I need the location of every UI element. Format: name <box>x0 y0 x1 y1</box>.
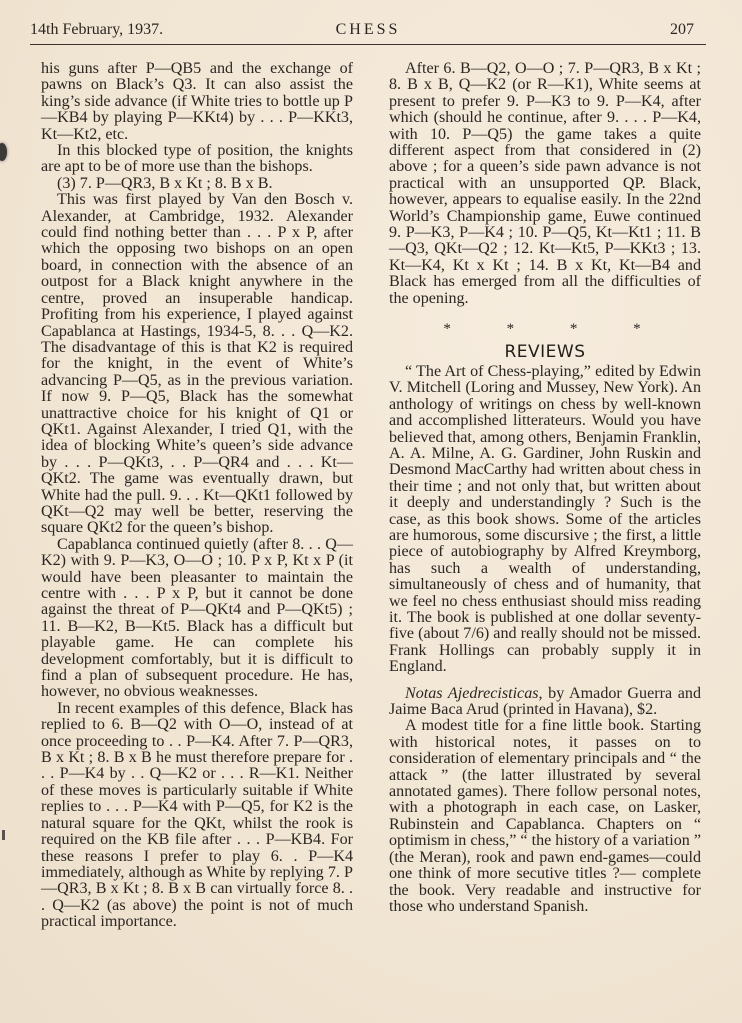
review-paragraph: A modest title for a fine little book. S… <box>389 718 701 915</box>
paragraph: In recent examples of this defence, Blac… <box>41 701 353 931</box>
margin-mark <box>2 830 5 840</box>
review-paragraph: “ The Art of Chess-playing,” edited by E… <box>389 364 701 676</box>
paragraph: In this blocked type of position, the kn… <box>41 143 353 176</box>
left-column: his guns after P—QB5 and the exchange of… <box>41 61 353 931</box>
page-number: 207 <box>670 21 694 39</box>
variation-heading: (3) 7. P—QR3, B x Kt ; 8. B x B. <box>41 176 353 192</box>
magazine-title: CHESS <box>30 21 706 39</box>
right-column: After 6. B—Q2, O—O ; 7. P—QR3, B x Kt ; … <box>389 61 701 915</box>
paragraph: Capablanca continued quietly (after 8. .… <box>41 537 353 701</box>
section-separator: * * * * <box>409 321 701 337</box>
reviews-heading: REVIEWS <box>389 344 701 360</box>
binding-hole <box>0 143 7 161</box>
paragraph: his guns after P—QB5 and the exchange of… <box>41 61 353 143</box>
paragraph: After 6. B—Q2, O—O ; 7. P—QR3, B x Kt ; … <box>389 61 701 307</box>
review-title-line: Notas Ajedrecisticas, by Amador Guerra a… <box>389 686 701 719</box>
running-header: 14th February, 1937. CHESS 207 <box>30 18 706 45</box>
paragraph: This was first played by Van den Bosch v… <box>41 192 353 537</box>
book-title: Notas Ajedrecisticas, <box>405 685 543 702</box>
